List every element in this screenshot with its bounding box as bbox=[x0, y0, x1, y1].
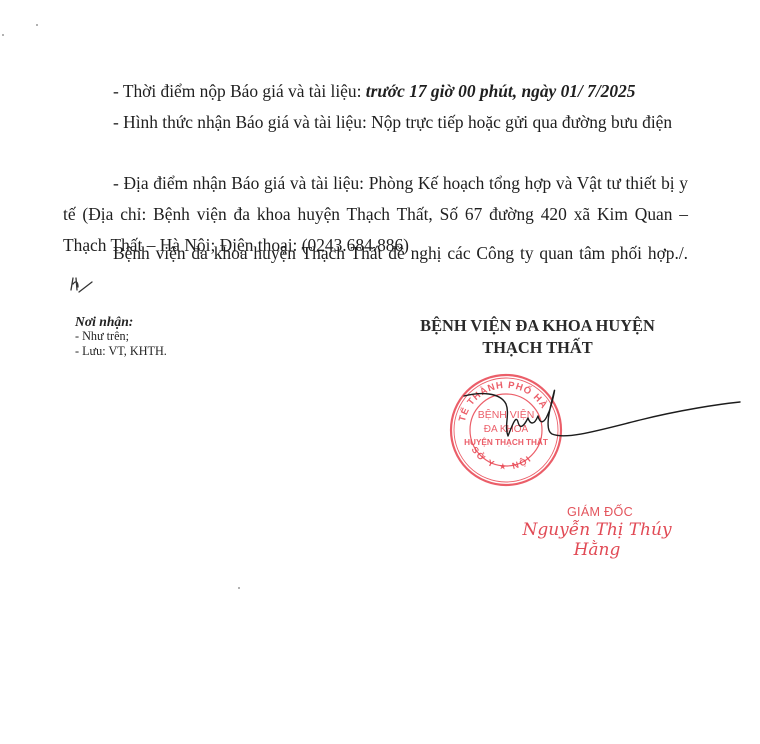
recipient-item: - Lưu: VT, KHTH. bbox=[75, 344, 167, 359]
initial-mark-icon bbox=[67, 274, 95, 294]
submission-method-paragraph: - Hình thức nhận Báo giá và tài liệu: Nộ… bbox=[63, 107, 688, 138]
closing-text: Bệnh viện đa khoa huyện Thạch Thất đề ng… bbox=[113, 243, 688, 263]
organization-line-2: THẠCH THẤT bbox=[385, 337, 690, 359]
signer-role: GIÁM ĐỐC bbox=[525, 505, 675, 519]
deadline-paragraph: - Thời điểm nộp Báo giá và tài liệu: trư… bbox=[63, 76, 688, 107]
closing-paragraph: Bệnh viện đa khoa huyện Thạch Thất đề ng… bbox=[63, 238, 688, 300]
scan-speck bbox=[36, 24, 38, 26]
signer-name: Nguyễn Thị Thúy Hằng bbox=[497, 520, 697, 560]
recipient-item: - Như trên; bbox=[75, 329, 167, 344]
scan-speck bbox=[2, 34, 4, 36]
organization-line-1: BỆNH VIỆN ĐA KHOA HUYỆN bbox=[385, 315, 690, 337]
scan-speck bbox=[238, 587, 240, 589]
recipients-title: Nơi nhận: bbox=[75, 314, 167, 329]
deadline-value: trước 17 giờ 00 phút, ngày 01/ 7/2025 bbox=[366, 81, 636, 101]
signature-icon bbox=[440, 370, 760, 460]
deadline-label: - Thời điểm nộp Báo giá và tài liệu: bbox=[113, 81, 366, 101]
recipients-block: Nơi nhận: - Như trên; - Lưu: VT, KHTH. bbox=[75, 314, 167, 359]
organization-name: BỆNH VIỆN ĐA KHOA HUYỆN THẠCH THẤT bbox=[385, 315, 690, 359]
